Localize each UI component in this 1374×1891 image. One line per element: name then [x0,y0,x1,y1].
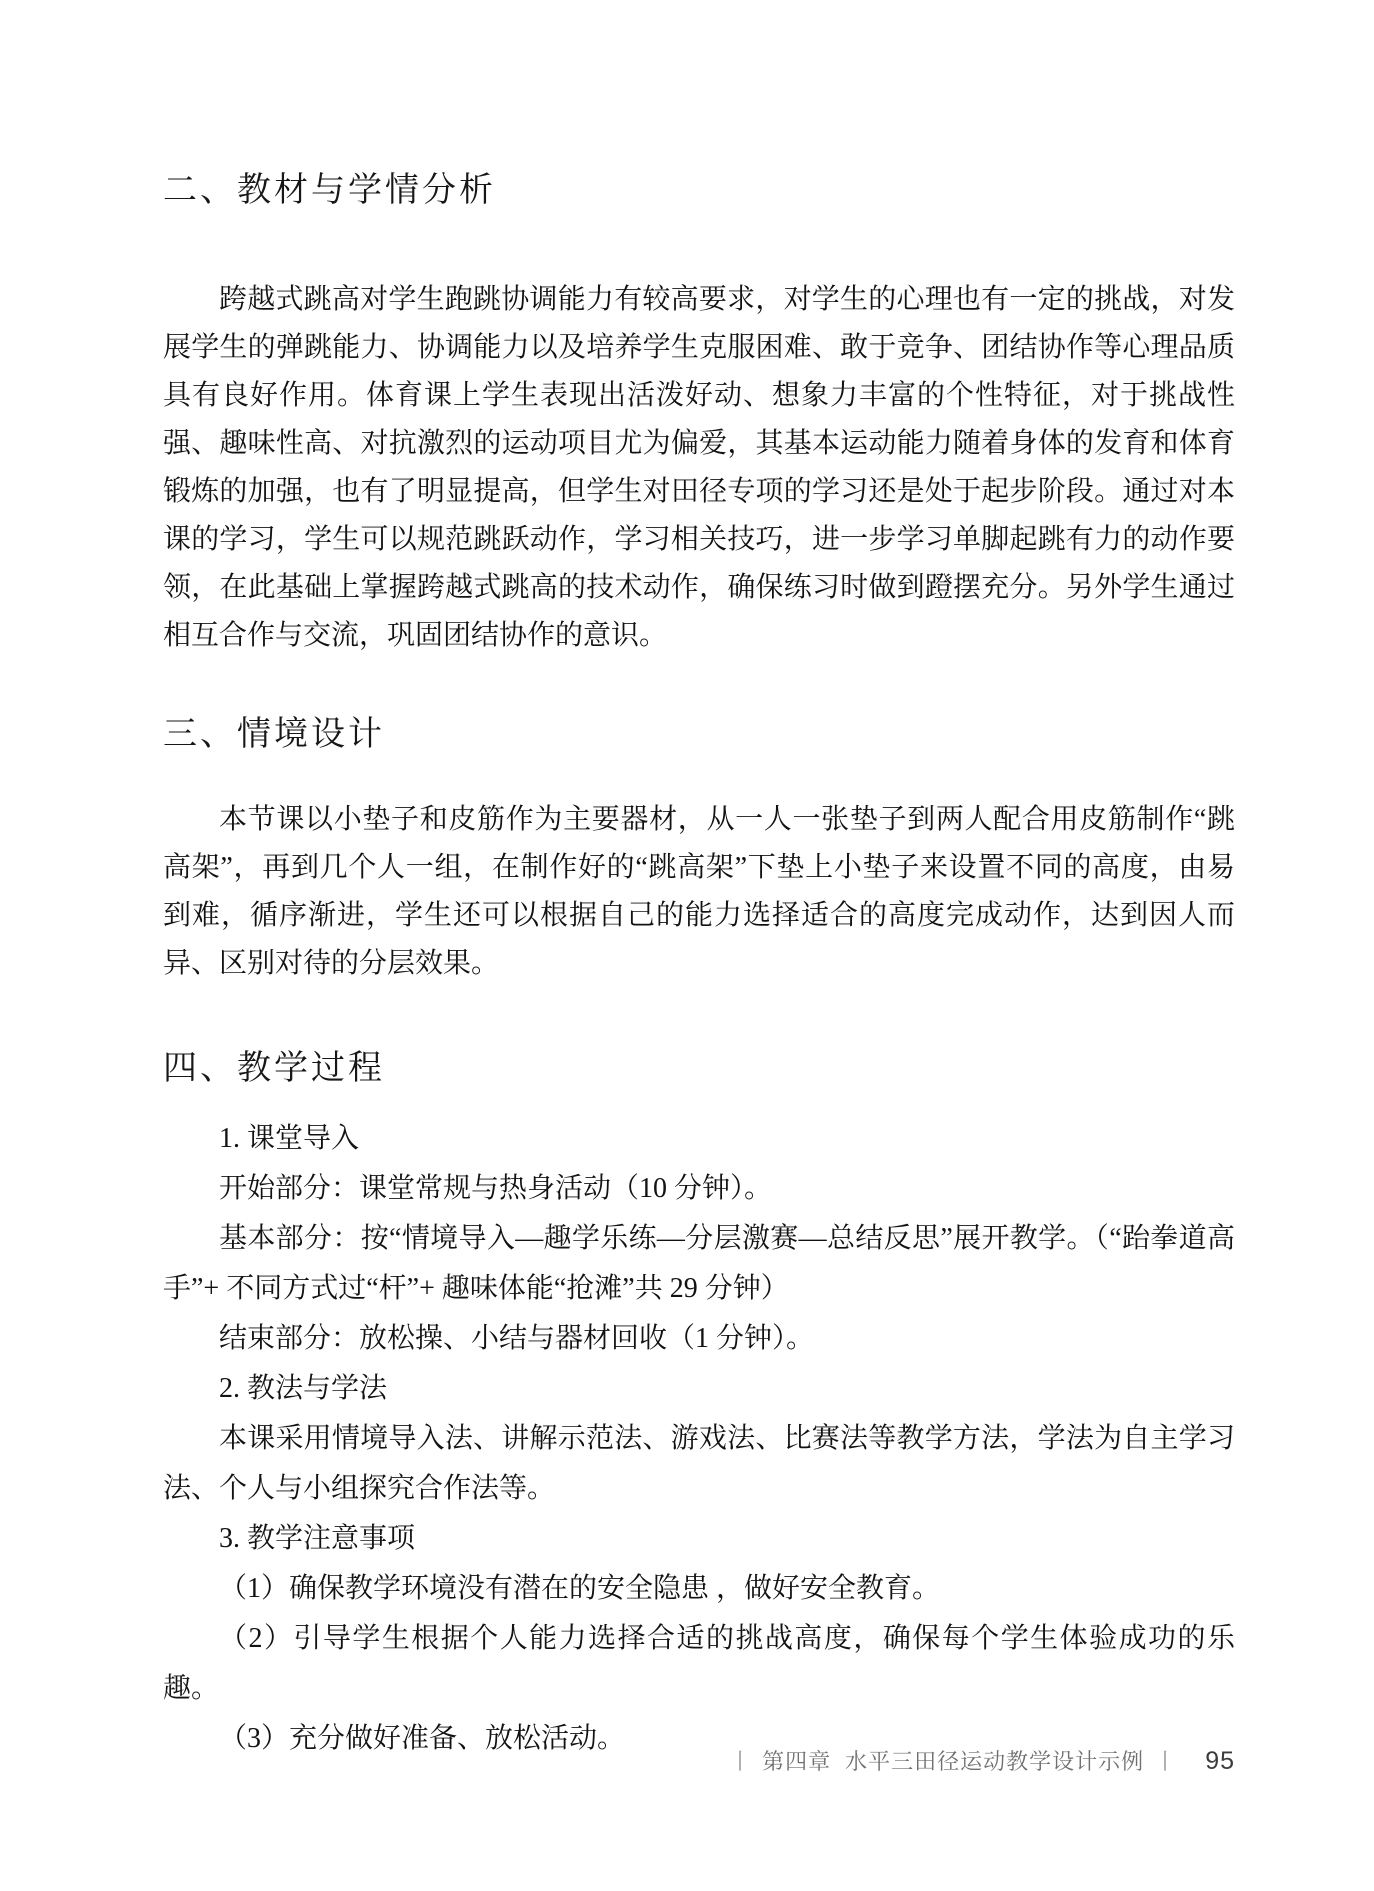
process-note-2: （2）引导学生根据个人能力选择合适的挑战高度，确保每个学生体验成功的乐趣。 [163,1614,1235,1714]
paragraph-situation-design: 本节课以小垫子和皮筋作为主要器材，从一人一张垫子到两人配合用皮筋制作“跳高架”，… [163,796,1235,988]
paragraph-material-analysis: 跨越式跳高对学生跑跳协调能力有较高要求，对学生的心理也有一定的挑战，对发展学生的… [163,276,1235,660]
footer-right-bar: 丨 [1154,1749,1177,1774]
process-item-1-heading: 1. 课堂导入 [163,1114,1235,1164]
process-opening-part: 开始部分：课堂常规与热身活动（10 分钟）。 [163,1164,1235,1214]
section-heading-material-analysis: 二、教材与学情分析 [163,168,1235,212]
process-ending-part: 结束部分：放松操、小结与器材回收（1 分钟）。 [163,1314,1235,1364]
process-methods-paragraph: 本课采用情境导入法、讲解示范法、游戏法、比赛法等教学方法，学法为自主学习法、个人… [163,1414,1235,1514]
section-material-analysis: 二、教材与学情分析 跨越式跳高对学生跑跳协调能力有较高要求，对学生的心理也有一定… [163,168,1235,660]
page-content: 二、教材与学情分析 跨越式跳高对学生跑跳协调能力有较高要求，对学生的心理也有一定… [0,168,1374,1764]
footer-left-bar: 丨 [729,1749,752,1774]
page-footer: 丨第四章水平三田径运动教学设计示例丨95 [729,1745,1235,1776]
footer-chapter: 第四章 [762,1749,831,1774]
section-situation-design: 三、情境设计 本节课以小垫子和皮筋作为主要器材，从一人一张垫子到两人配合用皮筋制… [163,712,1235,988]
process-note-1: （1）确保教学环境没有潜在的安全隐患 ，做好安全教育。 [163,1564,1235,1614]
book-page: 二、教材与学情分析 跨越式跳高对学生跑跳协调能力有较高要求，对学生的心理也有一定… [0,0,1374,1891]
section-teaching-process: 四、教学过程 1. 课堂导入 开始部分：课堂常规与热身活动（10 分钟）。 基本… [163,1046,1235,1764]
process-item-2-heading: 2. 教法与学法 [163,1364,1235,1414]
process-basic-part: 基本部分：按“情境导入—趣学乐练—分层激赛—总结反思”展开教学。（“跆拳道高手”… [163,1214,1235,1314]
teaching-process-body: 1. 课堂导入 开始部分：课堂常规与热身活动（10 分钟）。 基本部分：按“情境… [163,1114,1235,1764]
section-heading-situation-design: 三、情境设计 [163,712,1235,756]
section-heading-teaching-process: 四、教学过程 [163,1046,1235,1090]
footer-running-title: 水平三田径运动教学设计示例 [845,1749,1144,1774]
page-number: 95 [1205,1747,1235,1775]
process-item-3-heading: 3. 教学注意事项 [163,1514,1235,1564]
